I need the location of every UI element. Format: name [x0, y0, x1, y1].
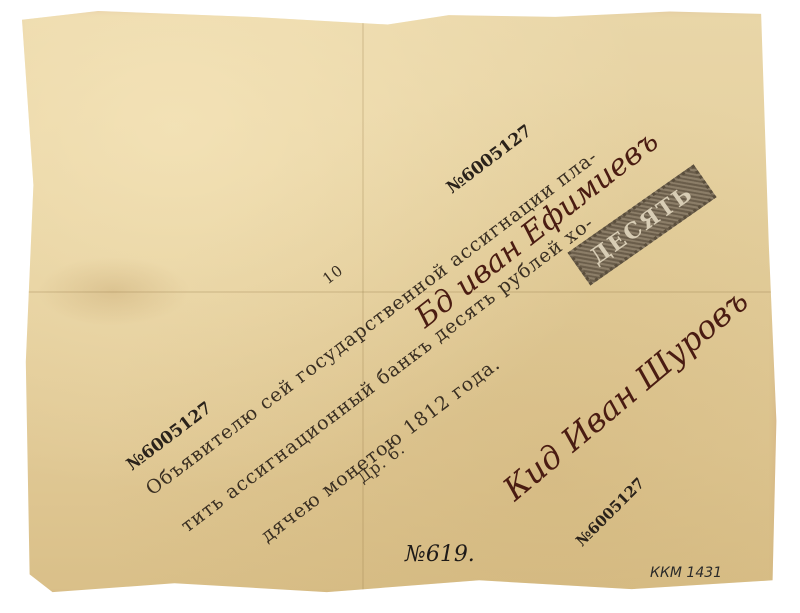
handwritten-number: №619. [405, 542, 475, 567]
archive-mark: ККМ 1431 [650, 565, 722, 581]
fold-crease-vertical [362, 8, 364, 598]
